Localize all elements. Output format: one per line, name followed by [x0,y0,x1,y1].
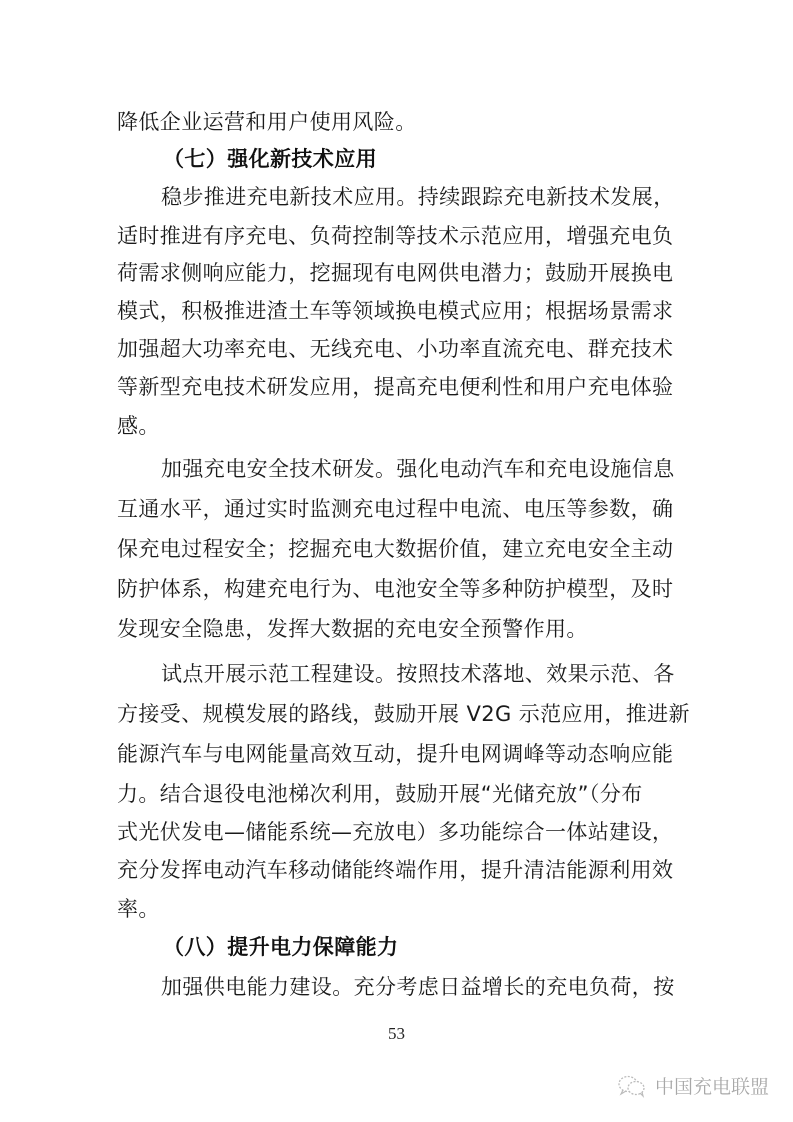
text-line: 式光伏发电—储能系统—充放电）多功能综合一体站建设， [117,818,677,846]
text-line: 适时推进有序充电、负荷控制等技术示范应用，增强充电负 [117,222,677,250]
watermark-text: 中国充电联盟 [655,1072,769,1099]
text-line: 力。结合退役电池梯次利用，鼓励开展“光储充放”（分布 [117,780,677,808]
text-line: 稳步推进充电新技术应用。持续跟踪充电新技术发展， [161,183,721,211]
page-number: 53 [0,1024,793,1044]
text-line: 发现安全隐患，发挥大数据的充电安全预警作用。 [117,615,677,643]
section-heading-eight: （八）提升电力保障能力 [163,933,398,961]
wechat-icon [617,1074,647,1098]
text-line: 感。 [117,412,677,440]
text-line: 充分发挥电动汽车移动储能终端作用，提升清洁能源利用效 [117,856,677,884]
text-line: 能源汽车与电网能量高效互动，提升电网调峰等动态响应能 [117,740,677,768]
text-line: 加强超大功率充电、无线充电、小功率直流充电、群充技术 [117,335,677,363]
watermark: 中国充电联盟 [617,1072,769,1099]
document-page: 降低企业运营和用户使用风险。 （七）强化新技术应用 稳步推进充电新技术应用。持续… [0,0,793,1122]
text-line: 试点开展示范工程建设。按照技术落地、效果示范、各 [161,660,721,688]
section-heading-seven: （七）强化新技术应用 [163,145,377,173]
text-line: 模式，积极推进渣土车等领域换电模式应用；根据场景需求 [117,297,677,325]
text-line: 加强供电能力建设。充分考虑日益增长的充电负荷，按 [161,973,721,1001]
text-line: 荷需求侧响应能力，挖掘现有电网供电潜力；鼓励开展换电 [117,259,677,287]
text-line: 互通水平，通过实时监测充电过程中电流、电压等参数，确 [117,495,677,523]
text-line: 方接受、规模发展的路线，鼓励开展 V2G 示范应用，推进新 [117,700,677,728]
text-line: 保充电过程安全；挖掘充电大数据价值，建立充电安全主动 [117,535,677,563]
text-line: 防护体系，构建充电行为、电池安全等多种防护模型，及时 [117,575,677,603]
text-line: 加强充电安全技术研发。强化电动汽车和充电设施信息 [161,455,721,483]
text-line: 率。 [117,895,677,923]
text-line: 等新型充电技术研发应用，提高充电便利性和用户充电体验 [117,373,677,401]
text-line: 降低企业运营和用户使用风险。 [117,108,677,136]
